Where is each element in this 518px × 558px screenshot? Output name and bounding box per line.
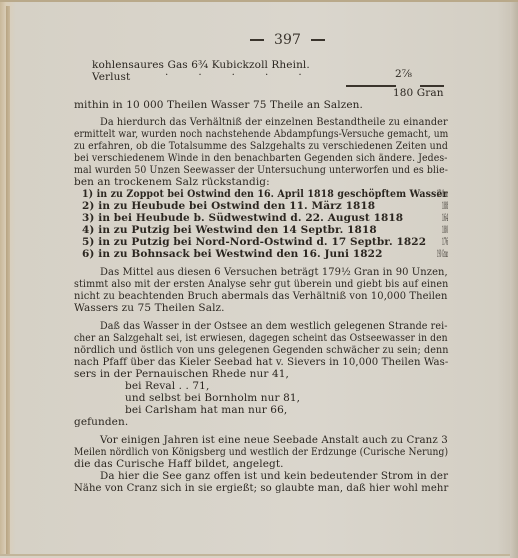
- p3-line-4: nach Pfaff über das Kieler Seebad hat v.…: [74, 356, 448, 368]
- list-bornholm: und selbst bei Bornholm nur 81,: [125, 392, 300, 404]
- p2-line-3: nicht zu beachtenden Bruch abermals das …: [74, 290, 447, 302]
- list-reval: bei Reval . . 71,: [125, 380, 209, 392]
- intro-line: mithin in 10 000 Theilen Wasser 75 Theil…: [74, 99, 363, 111]
- experiment-6-value: 190 Gran: [437, 248, 448, 260]
- experiment-2-value: 188: [442, 200, 448, 212]
- experiment-2: 2) in zu Heubude bei Ostwind den 11. Mär…: [82, 200, 375, 212]
- experiment-4: 4) in zu Putzig bei Westwind den 14 Sept…: [82, 224, 377, 236]
- total-value: 180 Gran: [393, 87, 444, 99]
- gefunden-line: gefunden.: [74, 416, 128, 428]
- list-carlsham: bei Carlsham hat man nur 66,: [125, 404, 287, 416]
- experiment-3: 3) in bei Heubude b. Südwestwind d. 22. …: [82, 212, 403, 224]
- experiment-6: 6) in zu Bohnsack bei Westwind den 16. J…: [82, 248, 383, 260]
- experiment-4-value: 180: [442, 224, 448, 236]
- leader-dots: ·····: [165, 69, 332, 81]
- p1-line-5: mal wurden 50 Unzen Seewasser der Unters…: [74, 164, 448, 176]
- p3-line-5: sers in der Pernauischen Rhede nur 41,: [74, 368, 289, 380]
- experiment-3-value: 164: [442, 212, 448, 224]
- p3-line-2: cher an Salzgehalt sei, ist erwiesen, da…: [74, 332, 448, 344]
- p1-line-1: Da hierdurch das Verhältniß der einzelne…: [100, 116, 448, 128]
- verlust-value: 2⅞: [395, 68, 412, 80]
- verlust-label: Verlust: [92, 71, 130, 83]
- p2-line-2: stimmt also mit der ersten Analyse sehr …: [74, 278, 448, 290]
- book-page: 397 kohlensaures Gas 6¾ Kubickzoll Rhein…: [0, 0, 518, 556]
- p1-line-2: ermittelt war, wurden noch nachstehende …: [74, 128, 448, 140]
- experiment-1-value: 179 Gran: [437, 188, 448, 200]
- dash-right: [311, 39, 325, 41]
- p5-line-1: Da hier die See ganz offen ist und kein …: [100, 470, 448, 482]
- p1-line-3: zu erfahren, ob die Totalsumme des Salzg…: [74, 140, 448, 152]
- p4-line-1: Vor einigen Jahren ist eine neue Seebade…: [100, 434, 448, 446]
- experiment-5-value: 176: [442, 236, 448, 248]
- experiment-5: 5) in zu Putzig bei Nord-Nord-Ostwind d.…: [82, 236, 426, 248]
- page-number-value: 397: [274, 32, 301, 48]
- p1-line-6: ben an trockenem Salz rückstandig:: [74, 176, 270, 188]
- p3-line-3: nördlich und östlich von uns gelegenen G…: [74, 344, 449, 356]
- dash-left: [250, 39, 264, 41]
- p4-line-2: Meilen nördlich von Königsberg und westl…: [74, 446, 448, 458]
- sum-rule-left: [346, 85, 396, 87]
- p1-line-4: bei verschiedenem Winde in den benachbar…: [74, 152, 448, 164]
- p3-line-1: Daß das Wasser in der Ostsee an dem west…: [100, 320, 448, 332]
- experiment-1: 1) in zu Zoppot bei Ostwind den 16. Apri…: [82, 188, 448, 200]
- p2-line-1: Das Mittel aus diesen 6 Versuchen beträg…: [100, 266, 448, 278]
- page-number: 397: [240, 32, 335, 48]
- page-text: 397 kohlensaures Gas 6¾ Kubickzoll Rhein…: [0, 2, 518, 556]
- p4-line-3: die das Curische Haff bildet, angelegt.: [74, 458, 284, 470]
- p2-line-4: Wassers zu 75 Theilen Salz.: [74, 302, 225, 314]
- p5-line-2: Nähe von Cranz sich in sie ergießt; so g…: [74, 482, 448, 494]
